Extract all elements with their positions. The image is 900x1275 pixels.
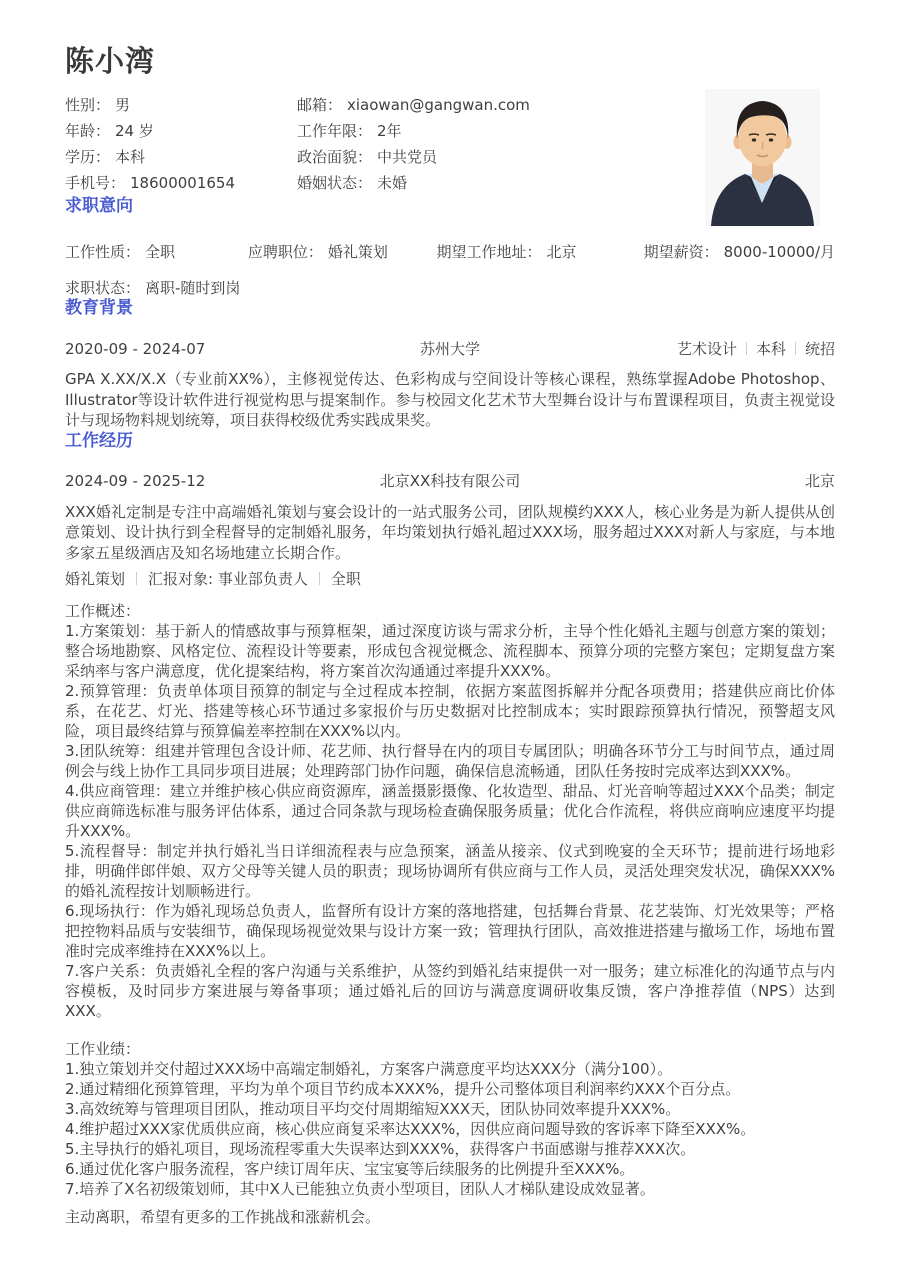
overview-item: 2.预算管理：负责单体项目预算的制定与全过程成本控制，依据方案蓝图拆解并分配各项… [65, 681, 835, 741]
education-description: GPA X.XX/X.X（专业前XX%），主修视觉传达、色彩构成与空间设计等核心… [65, 369, 835, 431]
work-location: 北京 [605, 471, 835, 491]
achievement-item: 5.主导执行的婚礼项目，现场流程零重大失误率达到XXX%，获得客户书面感谢与推荐… [65, 1139, 835, 1159]
resume-page: 陈小湾 性别：男 邮箱：xiaowan@gangwan.com 年龄：24 岁 … [0, 44, 900, 1227]
portrait-illustration [705, 89, 820, 226]
info-phone: 手机号：18600001654 [65, 170, 297, 196]
education-tags: 艺术设计本科统招 [605, 339, 835, 359]
job-intention-row: 工作性质：全职 应聘职位：婚礼策划 期望工作地址：北京 期望薪资：8000-10… [65, 242, 835, 262]
intent-salary: 期望薪资：8000-10000/月 [644, 242, 835, 262]
intent-location: 期望工作地址：北京 [436, 242, 643, 262]
profile-photo [705, 89, 820, 226]
education-meta-row: 2020-09 - 2024-07 苏州大学 艺术设计本科统招 [65, 339, 835, 359]
section-title-work-experience: 工作经历 [65, 431, 835, 451]
candidate-name: 陈小湾 [65, 44, 835, 78]
work-company: 北京XX科技有限公司 [295, 471, 605, 491]
work-achievements-list: 工作业绩： 1.独立策划并交付超过XXX场中高端定制婚礼，方案客户满意度平均达X… [65, 1039, 835, 1199]
intent-job-type: 工作性质：全职 [65, 242, 248, 262]
overview-item: 1.方案策划：基于新人的情感故事与预算框架，通过深度访谈与需求分析，主导个性化婚… [65, 621, 835, 681]
work-achievements-title: 工作业绩： [65, 1039, 835, 1059]
overview-item: 4.供应商管理：建立并维护核心供应商资源库，涵盖摄影摄像、化妆造型、甜品、灯光音… [65, 781, 835, 841]
achievement-item: 2.通过精细化预算管理，平均为单个项目节约成本XXX%，提升公司整体项目利润率约… [65, 1079, 835, 1099]
info-political-status: 政治面貌：中共党员 [297, 144, 625, 170]
personal-info-grid: 性别：男 邮箱：xiaowan@gangwan.com 年龄：24 岁 工作年限… [65, 92, 625, 196]
role-report-to: 汇报对象: 事业部负责人 [125, 569, 308, 589]
achievement-item: 7.培养了X名初级策划师，其中X人已能独立负责小型项目，团队人才梯队建设成效显著… [65, 1179, 835, 1199]
work-role-tags: 婚礼策划汇报对象: 事业部负责人全职 [65, 569, 835, 589]
info-email: 邮箱：xiaowan@gangwan.com [297, 92, 625, 118]
overview-item: 6.现场执行：作为婚礼现场总负责人，监督所有设计方案的落地搭建，包括舞台背景、花… [65, 901, 835, 961]
job-seeking-status: 求职状态：离职-随时到岗 [65, 278, 835, 298]
overview-item: 7.客户关系：负责婚礼全程的客户沟通与关系维护，从签约到婚礼结束提供一对一服务；… [65, 961, 835, 1021]
leaving-reason: 主动离职，希望有更多的工作挑战和涨薪机会。 [65, 1207, 835, 1227]
role-title: 婚礼策划 [65, 569, 125, 589]
work-overview-title: 工作概述： [65, 601, 835, 621]
achievement-item: 4.维护超过XXX家优质供应商，核心供应商复采率达XXX%，因供应商问题导致的客… [65, 1119, 835, 1139]
achievement-item: 3.高效统筹与管理项目团队，推动项目平均交付周期缩短XXX天，团队协同效率提升X… [65, 1099, 835, 1119]
info-marital-status: 婚姻状态：未婚 [297, 170, 625, 196]
education-school: 苏州大学 [295, 339, 605, 359]
education-degree: 本科 [737, 339, 786, 359]
info-experience-years: 工作年限：2年 [297, 118, 625, 144]
section-title-education: 教育背景 [65, 298, 835, 318]
work-period: 2024-09 - 2025-12 [65, 471, 295, 491]
info-age: 年龄：24 岁 [65, 118, 297, 144]
work-meta-row: 2024-09 - 2025-12 北京XX科技有限公司 北京 [65, 471, 835, 491]
overview-item: 5.流程督导：制定并执行婚礼当日详细流程表与应急预案，涵盖从接亲、仪式到晚宴的全… [65, 841, 835, 901]
intent-position: 应聘职位：婚礼策划 [248, 242, 437, 262]
education-period: 2020-09 - 2024-07 [65, 339, 295, 359]
info-degree: 学历：本科 [65, 144, 297, 170]
company-introduction: XXX婚礼定制是专注中高端婚礼策划与宴会设计的一站式服务公司，团队规模约XXX人… [65, 502, 835, 564]
role-employment-type: 全职 [308, 569, 361, 589]
achievement-item: 1.独立策划并交付超过XXX场中高端定制婚礼，方案客户满意度平均达XXX分（满分… [65, 1059, 835, 1079]
overview-item: 3.团队统筹：组建并管理包含设计师、花艺师、执行督导在内的项目专属团队；明确各环… [65, 741, 835, 781]
education-major: 艺术设计 [677, 339, 737, 359]
info-gender: 性别：男 [65, 92, 297, 118]
achievement-item: 6.通过优化客户服务流程，客户续订周年庆、宝宝宴等后续服务的比例提升至XXX%。 [65, 1159, 835, 1179]
education-enrollment-type: 统招 [786, 339, 835, 359]
work-overview-list: 工作概述： 1.方案策划：基于新人的情感故事与预算框架，通过深度访谈与需求分析，… [65, 601, 835, 1021]
